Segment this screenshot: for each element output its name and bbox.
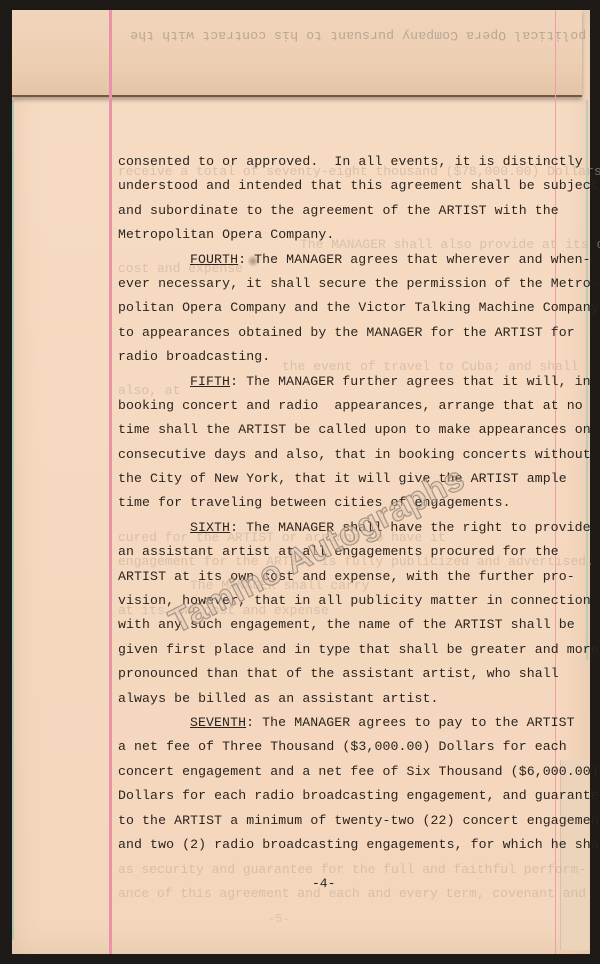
clause-heading-fifth: FIFTH bbox=[190, 374, 230, 389]
clause-seventh-first-line: SEVENTH: The MANAGER agrees to pay to th… bbox=[118, 711, 563, 735]
text-line: radio broadcasting. bbox=[118, 345, 563, 369]
text-line: Dollars for each radio broadcasting enga… bbox=[118, 784, 563, 808]
left-margin-rule bbox=[109, 10, 112, 954]
text-line: to the ARTIST a minimum of twenty-two (2… bbox=[118, 809, 563, 833]
text-line: ARTIST at its own cost and expense, with… bbox=[118, 565, 563, 589]
text-line: given first place and in type that shall… bbox=[118, 638, 563, 662]
text-line: the City of New York, that it will give … bbox=[118, 467, 563, 491]
clause-heading-fourth: FOURTH bbox=[190, 252, 238, 267]
text-segment: : The MANAGER further agrees that it wil… bbox=[230, 374, 591, 389]
left-edge-tint bbox=[12, 100, 14, 940]
folded-top-flap: political Opera Company pursuant to his … bbox=[12, 10, 582, 97]
clause-fourth-first-line: FOURTH: The MANAGER agrees that wherever… bbox=[118, 248, 563, 272]
text-line: pronounced than that of the assistant ar… bbox=[118, 662, 563, 686]
text-line: to appearances obtained by the MANAGER f… bbox=[118, 321, 563, 345]
text-line: politan Opera Company and the Victor Tal… bbox=[118, 296, 563, 320]
text-line: a net fee of Three Thousand ($3,000.00) … bbox=[118, 735, 563, 759]
bleed-through-line: as security and guarantee for the full a… bbox=[118, 862, 586, 877]
page-number: -4- bbox=[312, 876, 335, 891]
bleed-through-page-number: -5- bbox=[268, 912, 290, 926]
text-line: and two (2) radio broadcasting engagemen… bbox=[118, 833, 563, 857]
text-line: consecutive days and also, that in booki… bbox=[118, 443, 563, 467]
contract-body: consented to or approved. In all events,… bbox=[118, 150, 563, 857]
text-line: concert engagement and a net fee of Six … bbox=[118, 760, 563, 784]
text-line: understood and intended that this agreem… bbox=[118, 174, 563, 198]
bleed-through-line: ance of this agreement and each and ever… bbox=[118, 886, 586, 901]
text-line: and subordinate to the agreement of the … bbox=[118, 199, 563, 223]
text-line: always be billed as an assistant artist. bbox=[118, 687, 563, 711]
text-line: time shall the ARTIST be called upon to … bbox=[118, 418, 563, 442]
text-line: consented to or approved. In all events,… bbox=[118, 150, 563, 174]
text-segment: : The MANAGER agrees to pay to the ARTIS… bbox=[246, 715, 575, 730]
clause-heading-seventh: SEVENTH bbox=[190, 715, 246, 730]
clause-fifth-first-line: FIFTH: The MANAGER further agrees that i… bbox=[118, 370, 563, 394]
text-line: ever necessary, it shall secure the perm… bbox=[118, 272, 563, 296]
text-line: Metropolitan Opera Company. bbox=[118, 223, 563, 247]
clause-heading-sixth: SIXTH bbox=[190, 520, 230, 535]
text-line: booking concert and radio appearances, a… bbox=[118, 394, 563, 418]
text-line: time for traveling between cities of eng… bbox=[118, 491, 563, 515]
text-segment: : The MANAGER agrees that wherever and w… bbox=[238, 252, 591, 267]
flap-mirrored-text: political Opera Company pursuant to his … bbox=[130, 28, 586, 43]
